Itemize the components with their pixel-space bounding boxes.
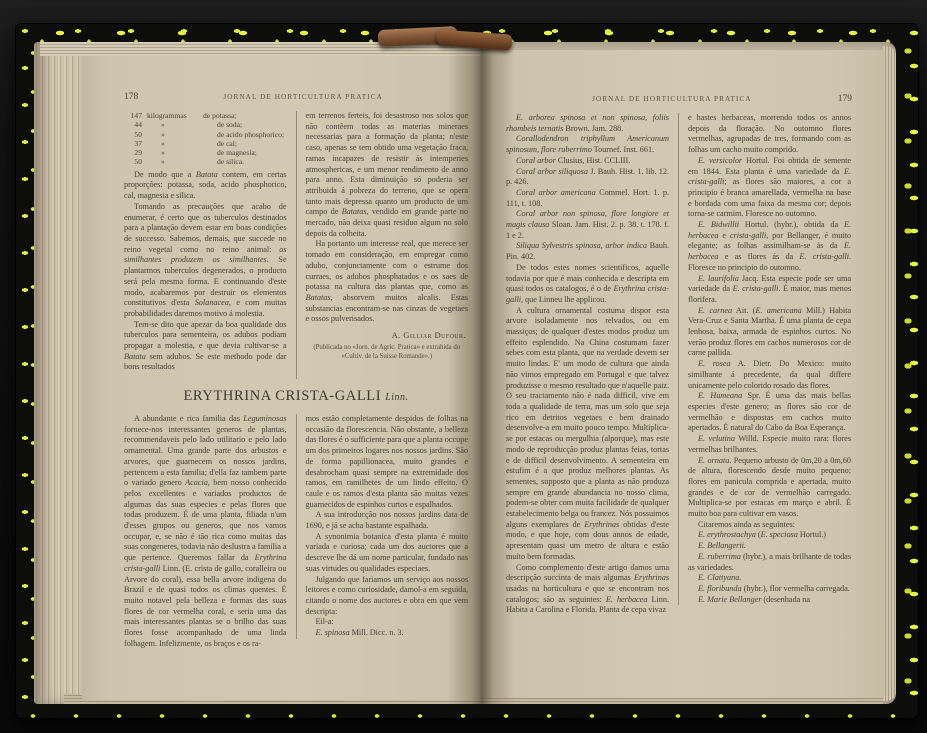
paragraph: E. carnea Ait. (E. americana Mill.) Habi… — [688, 306, 851, 360]
paragraph: Coral arbor americana Commel. Hort. 1. p… — [506, 188, 669, 209]
page-header: JORNAL DE HORTICULTURA PRATICA 179 — [506, 94, 852, 104]
column-3: A abundante e rica familia das Leguminos… — [124, 414, 287, 649]
bottom-article-columns: A abundante e rica familia das Leguminos… — [124, 414, 468, 649]
column-3-text: A abundante e rica familia das Leguminos… — [124, 414, 287, 649]
paragraph: E. Marie Bellanger (desenhada na — [688, 595, 851, 606]
running-title: JORNAL DE HORTICULTURA PRATICA — [138, 93, 468, 101]
article-title: ERYTHRINA CRISTA-GALLI — [183, 388, 381, 404]
paragraph: E. floribunda (hybr.), flor vermelha car… — [688, 584, 851, 595]
paragraph: E. Bellangerii. — [688, 541, 851, 552]
table-row: 147kilogrammasde potassa; — [124, 111, 287, 120]
column-1: E. arborea spinosa et non spinosa, folii… — [506, 113, 669, 616]
article-title-block: ERYTHRINA CRISTA-GALLI Linn. — [124, 387, 468, 405]
table-row: 50»de silica. — [124, 157, 287, 166]
source-credit: (Publicada no «Jorn. de Agric. Pratica» … — [306, 344, 469, 361]
paragraph: Coral arbor non spinosa, flore longiore … — [506, 209, 669, 241]
paragraph: Eil-a: — [306, 617, 469, 628]
article-columns: E. arborea spinosa et non spinosa, folii… — [506, 113, 852, 616]
page-179: JORNAL DE HORTICULTURA PRATICA 179 E. ar… — [480, 50, 884, 698]
paragraph: E. erythrostachya (E. speciosa Hortul.) — [688, 530, 851, 541]
nutrient-table: 147kilogrammasde potassa;44»de soda;50»d… — [124, 111, 287, 167]
paragraph: Julgando que fariamos um serviço aos nos… — [306, 575, 469, 618]
table-row: 44»de soda; — [124, 120, 287, 129]
page-178: 178 JORNAL DE HORTICULTURA PRATICA 147ki… — [82, 56, 480, 700]
author-signature: A. Gilliar Dufour. — [306, 330, 467, 340]
paragraph: E. spinosa Mill. Dicc. n. 3. — [306, 628, 469, 639]
paragraph: E. Clattyana. — [688, 573, 851, 584]
table-row: 29»de magnesia; — [124, 148, 287, 157]
column-2-text: em terrenos ferteis, foi desastroso nos … — [306, 111, 469, 325]
running-title: JORNAL DE HORTICULTURA PRATICA — [506, 95, 838, 103]
column-2: em terrenos ferteis, foi desastroso nos … — [296, 111, 469, 379]
paragraph: Tem-se dito que apezar da boa qualidade … — [124, 320, 287, 374]
paragraph: E. versicolor Hortul. Foi obtida de seme… — [688, 156, 851, 220]
paragraph: mos estão completamente despidos de folh… — [306, 414, 469, 510]
column-1: 147kilogrammasde potassa;44»de soda;50»d… — [124, 111, 287, 379]
column-4-text: mos estão completamente despidos de folh… — [306, 414, 469, 639]
page-number: 178 — [124, 92, 138, 102]
paragraph: E. velutina Willd. Especie muito rara: f… — [688, 434, 851, 455]
paragraph: Corallodendron triphyllum Americanum spi… — [506, 134, 669, 155]
paragraph: E. laurifolia Jacq. Esta especie pode se… — [688, 274, 851, 306]
paragraph: Como complemento d'este artigo damos uma… — [506, 563, 669, 617]
paragraph: De todos estes nomes scientificos, aquel… — [506, 263, 669, 306]
paragraph: Tomando as precauções que acabo de enume… — [124, 202, 287, 320]
top-article-columns: 147kilogrammasde potassa;44»de soda;50»d… — [124, 111, 468, 379]
paragraph: A cultura ornamental costuma dispor esta… — [506, 306, 669, 563]
scanned-book-photo: { "palette":{ "background":"#101010", "c… — [0, 0, 927, 733]
page-block: 178 JORNAL DE HORTICULTURA PRATICA 147ki… — [34, 42, 896, 704]
ribbon-segment-right — [436, 29, 513, 50]
page-number: 179 — [838, 94, 852, 104]
paragraph: A sua introducção nos nossos jardins dat… — [306, 510, 469, 531]
paragraph: Coral arbor siliquosa J. Bauh. Hist. 1. … — [506, 167, 669, 188]
column-2-text: e hastes herbaceas, morrendo todos os an… — [688, 113, 851, 605]
paragraph: A abundante e rica familia das Leguminos… — [124, 414, 287, 649]
column-1-text: De modo que a Batata contem, em certas p… — [124, 170, 287, 373]
paragraph: e hastes herbaceas, morrendo todos os an… — [688, 113, 851, 156]
paragraph: E. ornata. Pequeno arbusto de 0m,20 a 0m… — [688, 456, 851, 520]
paragraph: De modo que a Batata contem, em certas p… — [124, 170, 287, 202]
table-row: 50»de acido phosphorico; — [124, 130, 287, 139]
page-header: 178 JORNAL DE HORTICULTURA PRATICA — [124, 92, 468, 102]
paragraph: Coral arbor Clusius, Hist. CCLIII. — [506, 156, 669, 167]
paragraph: Siliqua Sylvestris spinosa, arbor indica… — [506, 241, 669, 262]
table-row: 37»de cal; — [124, 139, 287, 148]
column-4: mos estão completamente despidos de folh… — [296, 414, 469, 639]
paragraph: E. ruberrima (hybr.), a mais brilhante d… — [688, 552, 851, 573]
column-1-text: E. arborea spinosa et non spinosa, folii… — [506, 113, 669, 616]
paragraph: Ha portanto um interesse real, que merec… — [306, 239, 469, 325]
paragraph: E. arborea spinosa et non spinosa, folii… — [506, 113, 669, 134]
paragraph: em terrenos ferteis, foi desastroso nos … — [306, 111, 469, 239]
paragraph: Citaremos ainda as seguintes: — [688, 520, 851, 531]
paragraph: E. rosea A. Dietr. Do Mexico: muito simi… — [688, 359, 851, 391]
article-title-author: Linn. — [385, 392, 408, 403]
paragraph: A synonimia botanica d'esta planta é mui… — [306, 532, 469, 575]
page-edges-left — [34, 42, 82, 704]
page-edges-right — [883, 46, 896, 701]
paragraph: E. Bidwillii Hortul. (hybr.), obtida da … — [688, 220, 851, 274]
headband-ribbon — [378, 20, 514, 54]
paragraph: E. Humeana Spr. É uma das mais bellas es… — [688, 391, 851, 434]
column-2: e hastes herbaceas, morrendo todos os an… — [678, 113, 851, 605]
